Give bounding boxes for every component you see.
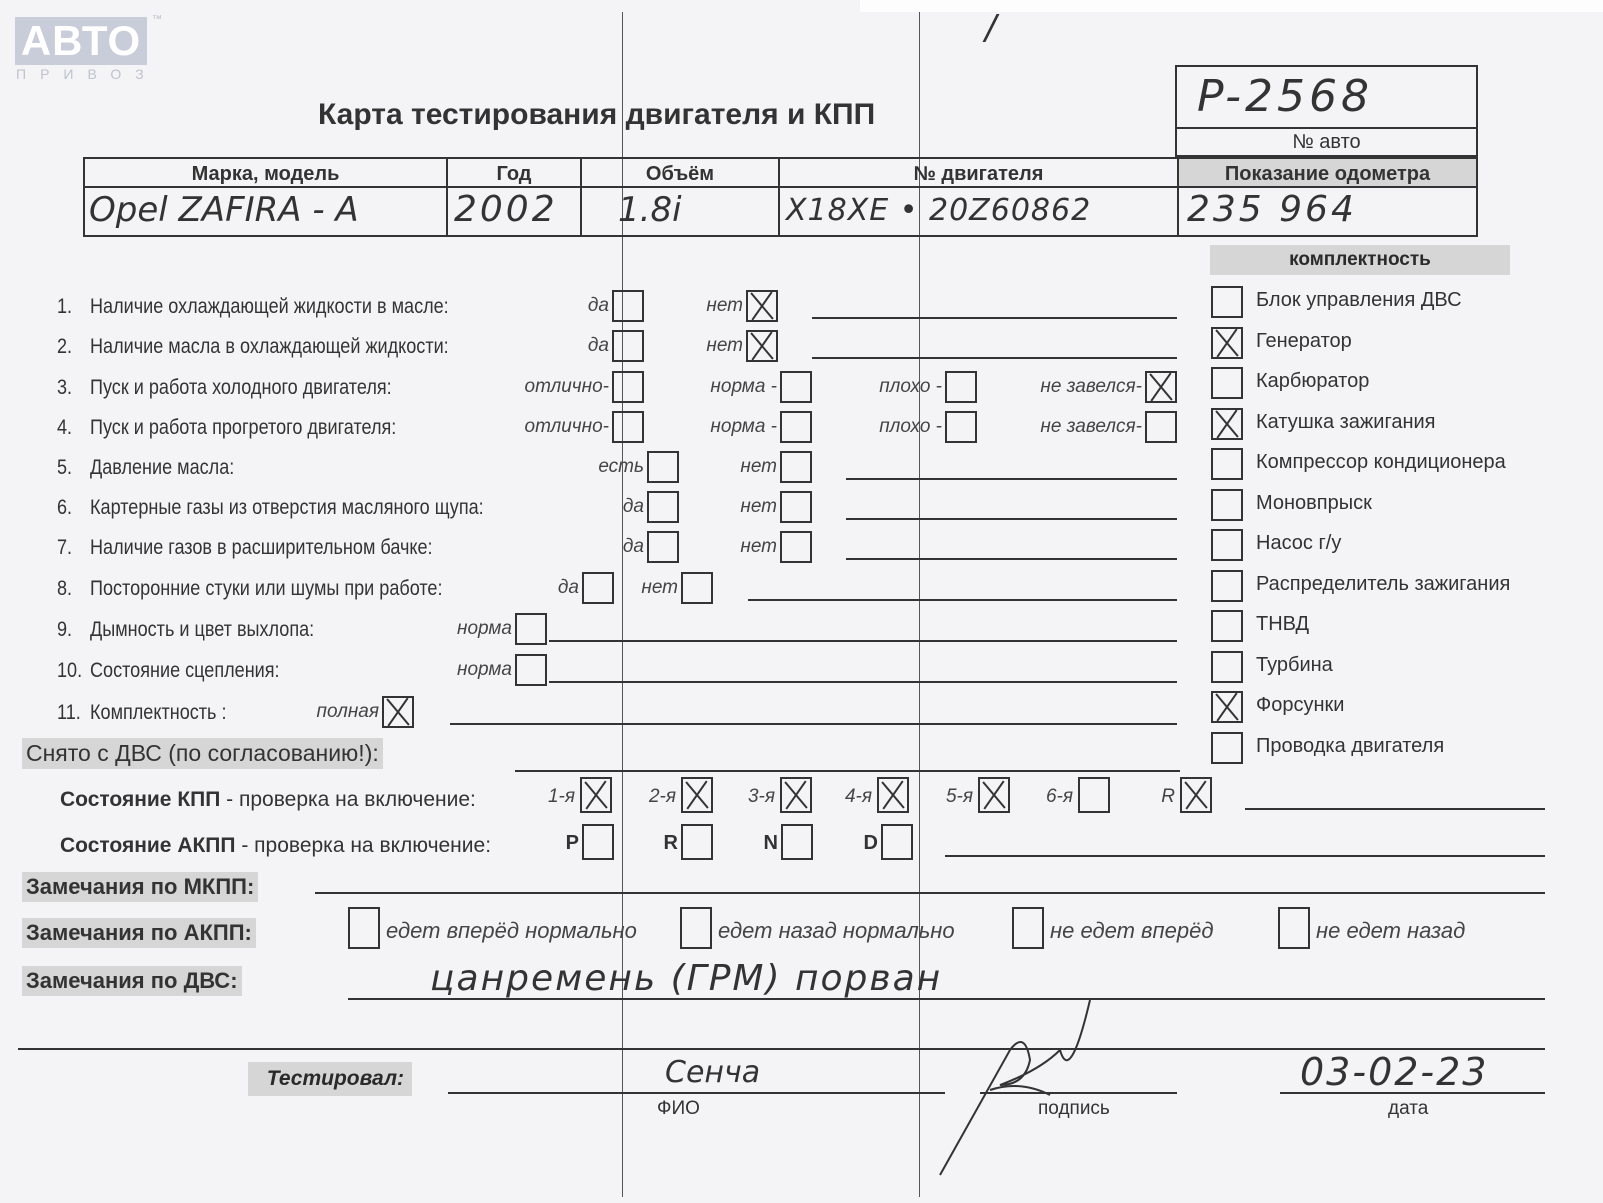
option-checkbox[interactable] bbox=[1145, 371, 1177, 403]
year-cell: Год 2002 bbox=[448, 159, 582, 235]
signature-scribble bbox=[930, 990, 1160, 1190]
option-checkbox[interactable] bbox=[515, 613, 547, 645]
option-label: да bbox=[623, 496, 644, 518]
completeness-item-label: Моновпрыск bbox=[1256, 492, 1372, 515]
scan-edge bbox=[860, 0, 1603, 12]
question-text: Наличие газов в расширительном бачке: bbox=[90, 536, 433, 560]
option-label: да bbox=[588, 295, 609, 317]
question-notes-line[interactable] bbox=[846, 558, 1177, 560]
option-label: норма - bbox=[710, 376, 777, 398]
akpp-remark-checkbox[interactable] bbox=[680, 907, 712, 949]
akpp-remark-checkbox[interactable] bbox=[1278, 907, 1310, 949]
manual-gearbox-label: Состояние КПП - проверка на включение: bbox=[60, 788, 476, 812]
option-checkbox[interactable] bbox=[780, 531, 812, 563]
question-number: 11. bbox=[57, 701, 81, 725]
manual-gearbox-label-rest: - проверка на включение: bbox=[220, 788, 476, 811]
completeness-item-label: Компрессор кондиционера bbox=[1256, 451, 1506, 474]
option-label: плохо - bbox=[879, 416, 942, 438]
option-checkbox[interactable] bbox=[382, 696, 414, 728]
option-label: нет bbox=[740, 496, 777, 518]
tester-name-value[interactable]: Сенча bbox=[665, 1055, 760, 1090]
mode-checkbox[interactable] bbox=[881, 824, 913, 860]
brand-logo: АВТО bbox=[15, 17, 147, 65]
option-checkbox[interactable] bbox=[612, 371, 644, 403]
option-checkbox[interactable] bbox=[647, 451, 679, 483]
make-model-cell: Марка, модель Opel ZAFIRA - A bbox=[85, 159, 448, 235]
completeness-checkbox[interactable] bbox=[1211, 327, 1243, 359]
question-text: Состояние сцепления: bbox=[90, 659, 280, 683]
completeness-item-label: Блок управления ДВС bbox=[1256, 289, 1462, 312]
option-checkbox[interactable] bbox=[945, 411, 977, 443]
gear-label: 6-я bbox=[1046, 786, 1073, 808]
brand-logo-subtitle: ПРИВОЗ bbox=[16, 66, 158, 82]
auto-gearbox-label: Состояние АКПП - проверка на включение: bbox=[60, 834, 491, 858]
option-checkbox[interactable] bbox=[780, 491, 812, 523]
question-notes-line[interactable] bbox=[846, 478, 1177, 480]
option-label: норма - bbox=[710, 416, 777, 438]
tested-by-box: Тестировал: bbox=[248, 1062, 412, 1096]
manual-gearbox-label-bold: Состояние КПП bbox=[60, 788, 220, 811]
gear-checkbox[interactable] bbox=[1180, 777, 1212, 813]
vehicle-info-table: Марка, модель Opel ZAFIRA - A Год 2002 О… bbox=[83, 157, 1478, 237]
question-number: 9. bbox=[57, 618, 72, 642]
engine-number-label: № двигателя bbox=[780, 159, 1177, 186]
completeness-checkbox[interactable] bbox=[1211, 610, 1243, 642]
gear-label: 3-я bbox=[748, 786, 775, 808]
completeness-item-label: ТНВД bbox=[1256, 613, 1309, 636]
akpp-remark-label: не едет назад bbox=[1316, 918, 1465, 944]
completeness-checkbox[interactable] bbox=[1211, 408, 1243, 440]
completeness-checkbox[interactable] bbox=[1211, 529, 1243, 561]
completeness-item-label: Распределитель зажигания bbox=[1256, 573, 1510, 596]
option-checkbox[interactable] bbox=[681, 572, 713, 604]
question-number: 10. bbox=[57, 659, 82, 683]
question-text: Пуск и работа прогретого двигателя: bbox=[90, 416, 396, 440]
option-label: нет bbox=[706, 295, 743, 317]
gear-checkbox[interactable] bbox=[681, 777, 713, 813]
mode-label: R bbox=[664, 832, 678, 855]
option-label: есть bbox=[598, 456, 644, 478]
option-label: не завелся- bbox=[1040, 376, 1142, 398]
volume-cell: Объём 1.8i bbox=[582, 159, 780, 235]
odometer-cell: Показание одометра 235 964 bbox=[1179, 159, 1476, 235]
volume-label: Объём bbox=[582, 159, 778, 186]
akpp-remark-label: едет назад нормально bbox=[718, 918, 955, 944]
option-label: норма bbox=[457, 659, 512, 681]
option-label: плохо - bbox=[879, 376, 942, 398]
auto-gearbox-label-bold: Состояние АКПП bbox=[60, 834, 236, 857]
tester-name-line bbox=[448, 1092, 945, 1094]
gear-label: 2-я bbox=[649, 786, 676, 808]
option-label: нет bbox=[706, 335, 743, 357]
mode-checkbox[interactable] bbox=[582, 824, 614, 860]
option-checkbox[interactable] bbox=[1145, 411, 1177, 443]
question-text: Картерные газы из отверстия масляного щу… bbox=[90, 496, 484, 520]
completeness-checkbox[interactable] bbox=[1211, 489, 1243, 521]
mode-checkbox[interactable] bbox=[681, 824, 713, 860]
option-checkbox[interactable] bbox=[780, 451, 812, 483]
volume-value[interactable]: 1.8i bbox=[582, 186, 778, 234]
completeness-item-label: Катушка зажигания bbox=[1256, 411, 1436, 434]
car-number-box: P-2568 № авто bbox=[1175, 65, 1478, 157]
gear-checkbox[interactable] bbox=[978, 777, 1010, 813]
completeness-item-label: Насос г/у bbox=[1256, 532, 1341, 555]
date-value[interactable]: 03-02-23 bbox=[1300, 1050, 1488, 1094]
completeness-checkbox[interactable] bbox=[1211, 367, 1243, 399]
option-label: отлично- bbox=[525, 416, 609, 438]
odometer-value[interactable]: 235 964 bbox=[1179, 186, 1476, 234]
question-text: Пуск и работа холодного двигателя: bbox=[90, 376, 392, 400]
option-checkbox[interactable] bbox=[582, 572, 614, 604]
auto-gearbox-label-rest: - проверка на включение: bbox=[236, 834, 492, 857]
odometer-label: Показание одометра bbox=[1179, 159, 1476, 186]
question-number: 8. bbox=[57, 577, 72, 601]
question-number: 7. bbox=[57, 536, 72, 560]
gear-label: 5-я bbox=[946, 786, 973, 808]
question-text: Давление масла: bbox=[90, 456, 234, 480]
akpp-remark-label: не едет вперёд bbox=[1050, 918, 1214, 944]
manual-gearbox-notes-line[interactable] bbox=[1245, 808, 1545, 810]
year-label: Год bbox=[448, 159, 580, 186]
make-model-label: Марка, модель bbox=[85, 159, 446, 186]
option-label: да bbox=[558, 577, 579, 599]
question-number: 5. bbox=[57, 456, 72, 480]
tester-name-caption: ФИО bbox=[657, 1098, 700, 1120]
question-number: 2. bbox=[57, 335, 72, 359]
question-notes-line[interactable] bbox=[812, 357, 1177, 359]
option-label: полная bbox=[317, 701, 380, 723]
option-label: да bbox=[623, 536, 644, 558]
dvs-remarks-label: Замечания по ДВС: bbox=[22, 966, 242, 996]
question-number: 4. bbox=[57, 416, 72, 440]
option-checkbox[interactable] bbox=[746, 330, 778, 362]
option-label: нет bbox=[641, 577, 678, 599]
question-text: Дымность и цвет выхлопа: bbox=[90, 618, 314, 642]
document-title: Карта тестирования двигателя и КПП bbox=[318, 98, 875, 132]
completeness-checkbox[interactable] bbox=[1211, 286, 1243, 318]
akpp-remark-checkbox[interactable] bbox=[348, 907, 380, 949]
question-number: 6. bbox=[57, 496, 72, 520]
question-notes-line[interactable] bbox=[748, 599, 1177, 601]
completeness-checkbox[interactable] bbox=[1211, 651, 1243, 683]
completeness-item-label: Генератор bbox=[1256, 330, 1352, 353]
option-label: норма bbox=[457, 618, 512, 640]
akpp-remark-checkbox[interactable] bbox=[1012, 907, 1044, 949]
car-number-value[interactable]: P-2568 bbox=[1197, 71, 1373, 122]
option-checkbox[interactable] bbox=[647, 491, 679, 523]
question-number: 1. bbox=[57, 295, 72, 319]
option-checkbox[interactable] bbox=[612, 290, 644, 322]
question-notes-line[interactable] bbox=[450, 723, 1177, 725]
gear-checkbox[interactable] bbox=[877, 777, 909, 813]
option-label: отлично- bbox=[525, 376, 609, 398]
option-checkbox[interactable] bbox=[780, 411, 812, 443]
completeness-checkbox[interactable] bbox=[1211, 732, 1243, 764]
option-label: да bbox=[588, 335, 609, 357]
akpp-remarks-label: Замечания по АКПП: bbox=[22, 918, 256, 948]
auto-gearbox-notes-line[interactable] bbox=[945, 855, 1545, 857]
question-text: Посторонние стуки или шумы при работе: bbox=[90, 577, 443, 601]
option-checkbox[interactable] bbox=[612, 411, 644, 443]
gear-label: R bbox=[1161, 786, 1175, 808]
question-text: Комплектность : bbox=[90, 701, 226, 725]
mode-label: N bbox=[764, 832, 778, 855]
removed-from-engine-label: Снято с ДВС (по согласованию!): bbox=[22, 738, 383, 769]
option-checkbox[interactable] bbox=[780, 371, 812, 403]
question-text: Наличие охлаждающей жидкости в масле: bbox=[90, 295, 449, 319]
gear-label: 4-я bbox=[845, 786, 872, 808]
engine-number-value[interactable]: X18XE • 20Z60862 bbox=[780, 186, 1177, 236]
date-line bbox=[1280, 1092, 1545, 1094]
option-label: не завелся- bbox=[1040, 416, 1142, 438]
make-model-value[interactable]: Opel ZAFIRA - A bbox=[85, 186, 446, 234]
signature-caption: подпись bbox=[1038, 1098, 1110, 1120]
corner-pen-mark: / bbox=[985, 8, 996, 48]
mkpp-remarks-label: Замечания по МКПП: bbox=[22, 872, 258, 902]
question-number: 3. bbox=[57, 376, 72, 400]
mkpp-remarks-line[interactable] bbox=[315, 892, 1545, 894]
car-number-label: № авто bbox=[1177, 131, 1476, 154]
completeness-item-label: Проводка двигателя bbox=[1256, 735, 1444, 758]
akpp-remark-label: едет вперёд нормально bbox=[386, 918, 637, 944]
completeness-title: комплектность bbox=[1210, 245, 1510, 275]
mode-label: P bbox=[566, 832, 579, 855]
option-label: нет bbox=[740, 536, 777, 558]
completeness-header: комплектность bbox=[1210, 245, 1510, 275]
completeness-item-label: Карбюратор bbox=[1256, 370, 1369, 393]
option-checkbox[interactable] bbox=[746, 290, 778, 322]
engine-number-cell: № двигателя X18XE • 20Z60862 bbox=[780, 159, 1179, 235]
tested-by-label: Тестировал: bbox=[248, 1062, 412, 1096]
signature-line[interactable] bbox=[980, 1092, 1177, 1094]
question-notes-line[interactable] bbox=[549, 681, 1177, 683]
option-checkbox[interactable] bbox=[945, 371, 977, 403]
question-notes-line[interactable] bbox=[846, 518, 1177, 520]
gear-label: 1-я bbox=[548, 786, 575, 808]
gear-checkbox[interactable] bbox=[780, 777, 812, 813]
dvs-remarks-value[interactable]: цанремень (ГРМ) порван bbox=[430, 958, 942, 999]
completeness-checkbox[interactable] bbox=[1211, 448, 1243, 480]
completeness-checkbox[interactable] bbox=[1211, 570, 1243, 602]
gear-checkbox[interactable] bbox=[580, 777, 612, 813]
completeness-checkbox[interactable] bbox=[1211, 691, 1243, 723]
option-checkbox[interactable] bbox=[515, 654, 547, 686]
option-label: нет bbox=[740, 456, 777, 478]
trademark-mark: ™ bbox=[152, 14, 162, 25]
question-notes-line[interactable] bbox=[812, 317, 1177, 319]
completeness-item-label: Турбина bbox=[1256, 654, 1333, 677]
mode-checkbox[interactable] bbox=[781, 824, 813, 860]
year-value[interactable]: 2002 bbox=[448, 186, 580, 234]
mode-label: D bbox=[864, 832, 878, 855]
option-checkbox[interactable] bbox=[612, 330, 644, 362]
removed-from-engine-line[interactable] bbox=[515, 770, 1180, 772]
date-caption: дата bbox=[1388, 1098, 1428, 1120]
option-checkbox[interactable] bbox=[647, 531, 679, 563]
completeness-item-label: Форсунки bbox=[1256, 694, 1344, 717]
gear-checkbox[interactable] bbox=[1078, 777, 1110, 813]
question-text: Наличие масла в охлаждающей жидкости: bbox=[90, 335, 449, 359]
question-notes-line[interactable] bbox=[549, 640, 1177, 642]
